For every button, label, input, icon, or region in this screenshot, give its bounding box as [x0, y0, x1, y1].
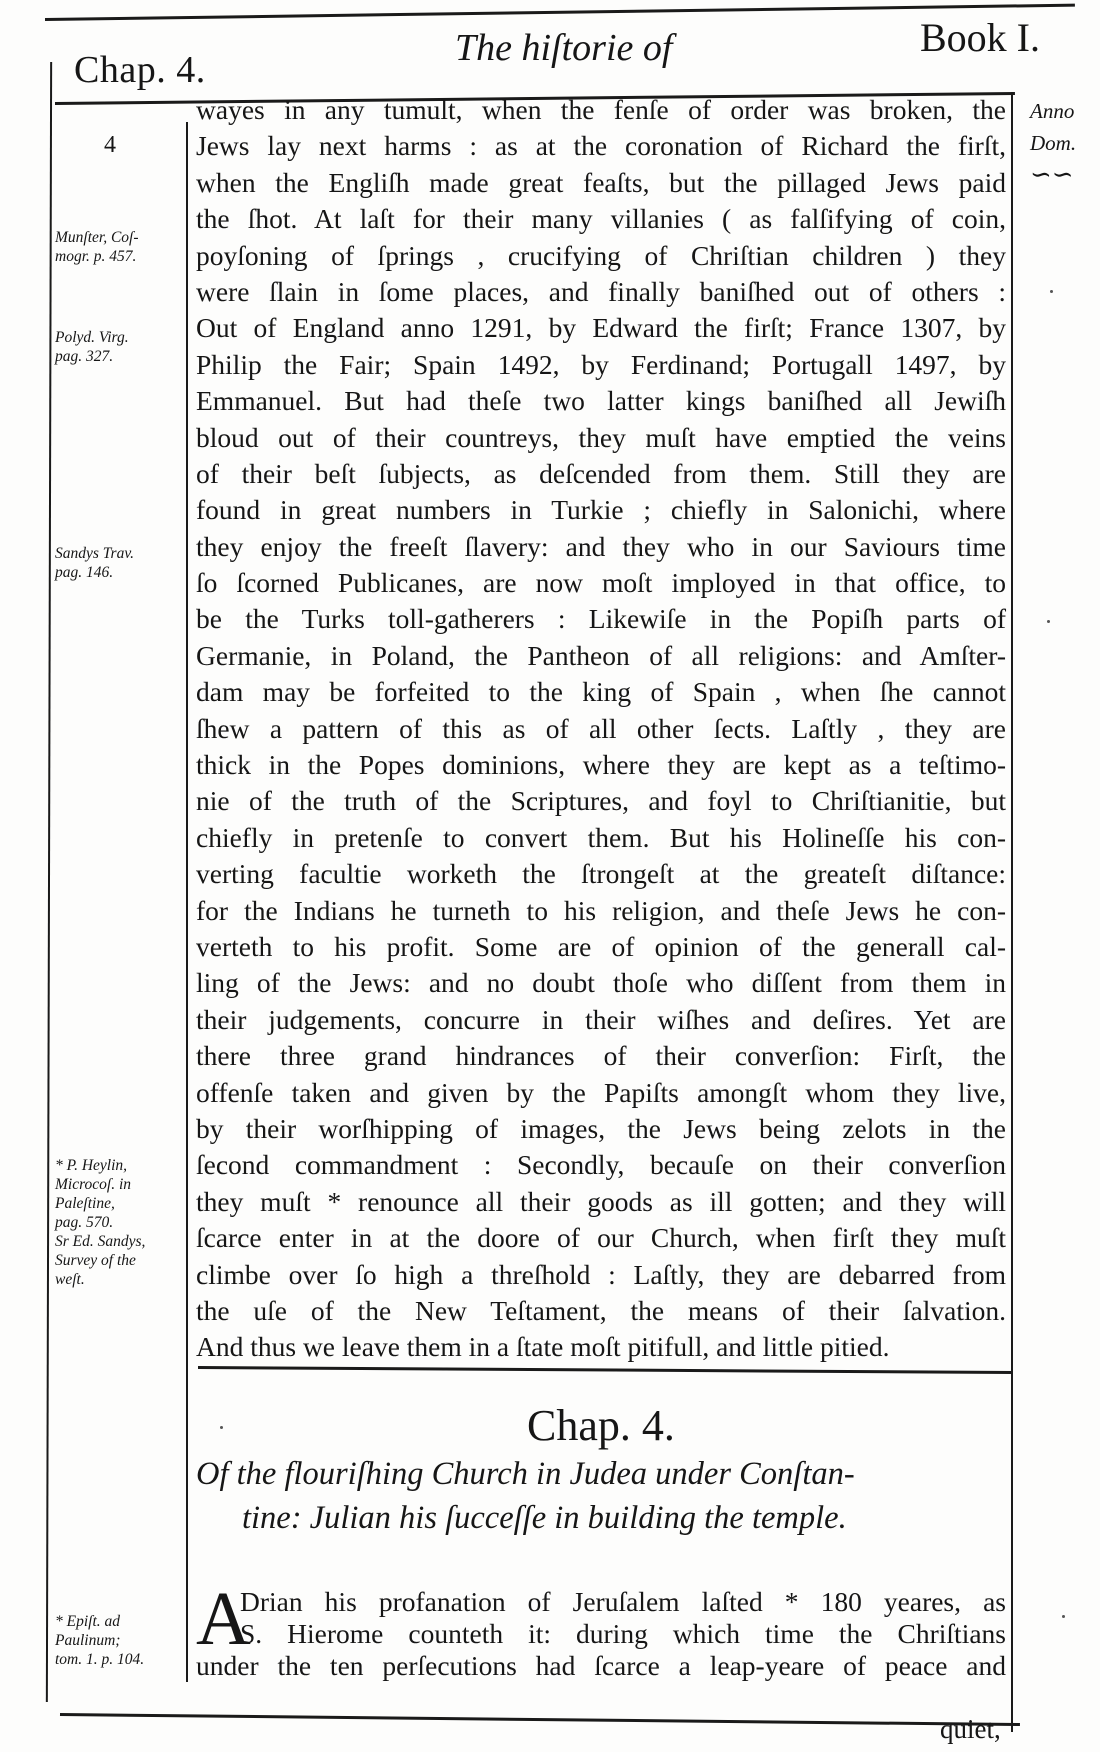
- scan-speck: [220, 1426, 223, 1429]
- scan-speck: [1047, 620, 1050, 623]
- text-line: there three grand hindrances of their co…: [196, 1038, 1006, 1074]
- note-line: pag. 327.: [55, 347, 185, 366]
- running-head-chapter: Chap. 4.: [74, 48, 206, 92]
- note-line: weſt.: [55, 1270, 185, 1289]
- text-line: by their worſhipping of images, the Jews…: [196, 1111, 1006, 1147]
- text-line: thick in the Popes dominions, where they…: [196, 747, 1006, 783]
- bottom-rule: [60, 1713, 1020, 1726]
- left-frame-line: [46, 62, 52, 1702]
- anno-label: Anno: [1030, 95, 1076, 127]
- note-line: Paulinum;: [55, 1631, 185, 1650]
- margin-note-polydore-virgil: Polyd. Virg. pag. 327.: [55, 328, 185, 366]
- running-head-book: Book I.: [920, 14, 1040, 61]
- text-line: when the Engliſh made great feaſts, but …: [196, 165, 1006, 201]
- text-line: bloud out of their countreys, they muſt …: [196, 420, 1006, 456]
- note-line: Sandys Trav.: [55, 544, 185, 563]
- dom-label: Dom.: [1030, 127, 1076, 159]
- note-line: * Epiſt. ad: [55, 1612, 185, 1631]
- text-line: offenſe taken and given by the Papiſts a…: [196, 1075, 1006, 1111]
- margin-note-epistle: * Epiſt. ad Paulinum; tom. 1. p. 104.: [55, 1612, 185, 1669]
- scan-speck: [1050, 290, 1053, 293]
- chapter-heading: Chap. 4.: [196, 1400, 1006, 1451]
- note-line: tom. 1. p. 104.: [55, 1650, 185, 1669]
- note-line: Paleſtine,: [55, 1194, 185, 1213]
- text-line: they enjoy the freeſt ſlavery: and they …: [196, 529, 1006, 565]
- body-paragraph: wayes in any tumult, when the fenſe of o…: [196, 92, 1006, 1366]
- right-frame-line: [1011, 92, 1013, 1732]
- text-line: ling of the Jews: and no doubt thoſe who…: [196, 965, 1006, 1001]
- text-line: poyſoning of ſprings , crucifying of Chr…: [196, 238, 1006, 274]
- text-line: ſcarce enter in at the doore of our Chur…: [196, 1220, 1006, 1256]
- note-line: mogr. p. 457.: [55, 247, 185, 266]
- text-line: of their beſt ſubjects, as deſcended fro…: [196, 456, 1006, 492]
- margin-note-sandys-travels: Sandys Trav. pag. 146.: [55, 544, 185, 582]
- text-line: be the Turks toll-gatherers : Likewiſe i…: [196, 601, 1006, 637]
- margin-note-heylin: * P. Heylin, Microcoſ. in Paleſtine, pag…: [55, 1156, 185, 1289]
- margin-note-munster: Munſter, Coſ- mogr. p. 457.: [55, 228, 185, 266]
- note-line: Sr Ed. Sandys,: [55, 1232, 185, 1251]
- chapter-subtitle: Of the flouriſhing Church in Judea under…: [196, 1452, 1011, 1540]
- flourish-ornament-icon: ∽∽: [1030, 160, 1074, 190]
- text-line: ſo ſcorned Publicanes, are now moſt impl…: [196, 565, 1006, 601]
- text-line: Drian his profanation of Jeruſalem laſte…: [196, 1586, 1006, 1618]
- text-line: Emmanuel. But had theſe two latter kings…: [196, 383, 1006, 419]
- running-head-title: The hiſtorie of: [455, 26, 672, 70]
- note-line: Survey of the: [55, 1251, 185, 1270]
- text-line: climbe over ſo high a threſhold : Laſtly…: [196, 1257, 1006, 1293]
- text-line: the uſe of the New Teſtament, the means …: [196, 1293, 1006, 1329]
- anno-domini-note: Anno Dom.: [1030, 95, 1076, 159]
- text-line: under the ten perſecutions had ſcarce a …: [196, 1650, 1006, 1682]
- text-line: Out of England anno 1291, by Edward the …: [196, 310, 1006, 346]
- scan-speck: [1062, 1615, 1065, 1618]
- text-line: Jews lay next harms : as at the coronati…: [196, 128, 1006, 164]
- note-line: Microcoſ. in: [55, 1175, 185, 1194]
- text-line: dam may be forfeited to the king of Spai…: [196, 674, 1006, 710]
- note-line: pag. 570.: [55, 1213, 185, 1232]
- text-line: found in great numbers in Turkie ; chief…: [196, 492, 1006, 528]
- text-line: for the Indians he turneth to his religi…: [196, 893, 1006, 929]
- chapter-divider-rule: [198, 1366, 1013, 1374]
- drop-cap: A: [196, 1588, 251, 1650]
- text-line: their judgements, concurre in their wiſh…: [196, 1002, 1006, 1038]
- text-line: they muſt * renounce all their goods as …: [196, 1184, 1006, 1220]
- text-line: the ſhot. At laſt for their many villani…: [196, 201, 1006, 237]
- text-line: wayes in any tumult, when the fenſe of o…: [196, 92, 1006, 128]
- catchword: quiet,: [940, 1714, 1001, 1745]
- note-line: Munſter, Coſ-: [55, 228, 185, 247]
- text-line: were ſlain in ſome places, and finally b…: [196, 274, 1006, 310]
- chapter-opening-paragraph: A Drian his profanation of Jeruſalem laſ…: [196, 1586, 1006, 1682]
- text-line: And thus we leave them in a ſtate moſt p…: [196, 1329, 1006, 1365]
- text-line: nie of the truth of the Scriptures, and …: [196, 783, 1006, 819]
- text-line: chiefly in pretenſe to convert them. But…: [196, 820, 1006, 856]
- margin-separator-line: [186, 122, 188, 1682]
- note-line: * P. Heylin,: [55, 1156, 185, 1175]
- note-line: pag. 146.: [55, 563, 185, 582]
- text-line: ſecond commandment : Secondly, becauſe o…: [196, 1147, 1006, 1183]
- text-line: verteth to his profit. Some are of opini…: [196, 929, 1006, 965]
- subtitle-line: Of the flouriſhing Church in Judea under…: [196, 1452, 1011, 1496]
- text-line: ſhew a pattern of this as of all other ſ…: [196, 711, 1006, 747]
- subtitle-line: tine: Julian his ſucceſſe in building th…: [196, 1496, 1011, 1540]
- text-line: verting facultie worketh the ſtrongeſt a…: [196, 856, 1006, 892]
- note-line: Polyd. Virg.: [55, 328, 185, 347]
- text-line: Philip the Fair; Spain 1492, by Ferdinan…: [196, 347, 1006, 383]
- book-page: Chap. 4. The hiſtorie of Book I. 4 Munſt…: [0, 0, 1100, 1752]
- text-line: Germanie, in Poland, the Pantheon of all…: [196, 638, 1006, 674]
- page-number: 4: [104, 132, 116, 159]
- text-line: S. Hierome counteth it: during which tim…: [196, 1618, 1006, 1650]
